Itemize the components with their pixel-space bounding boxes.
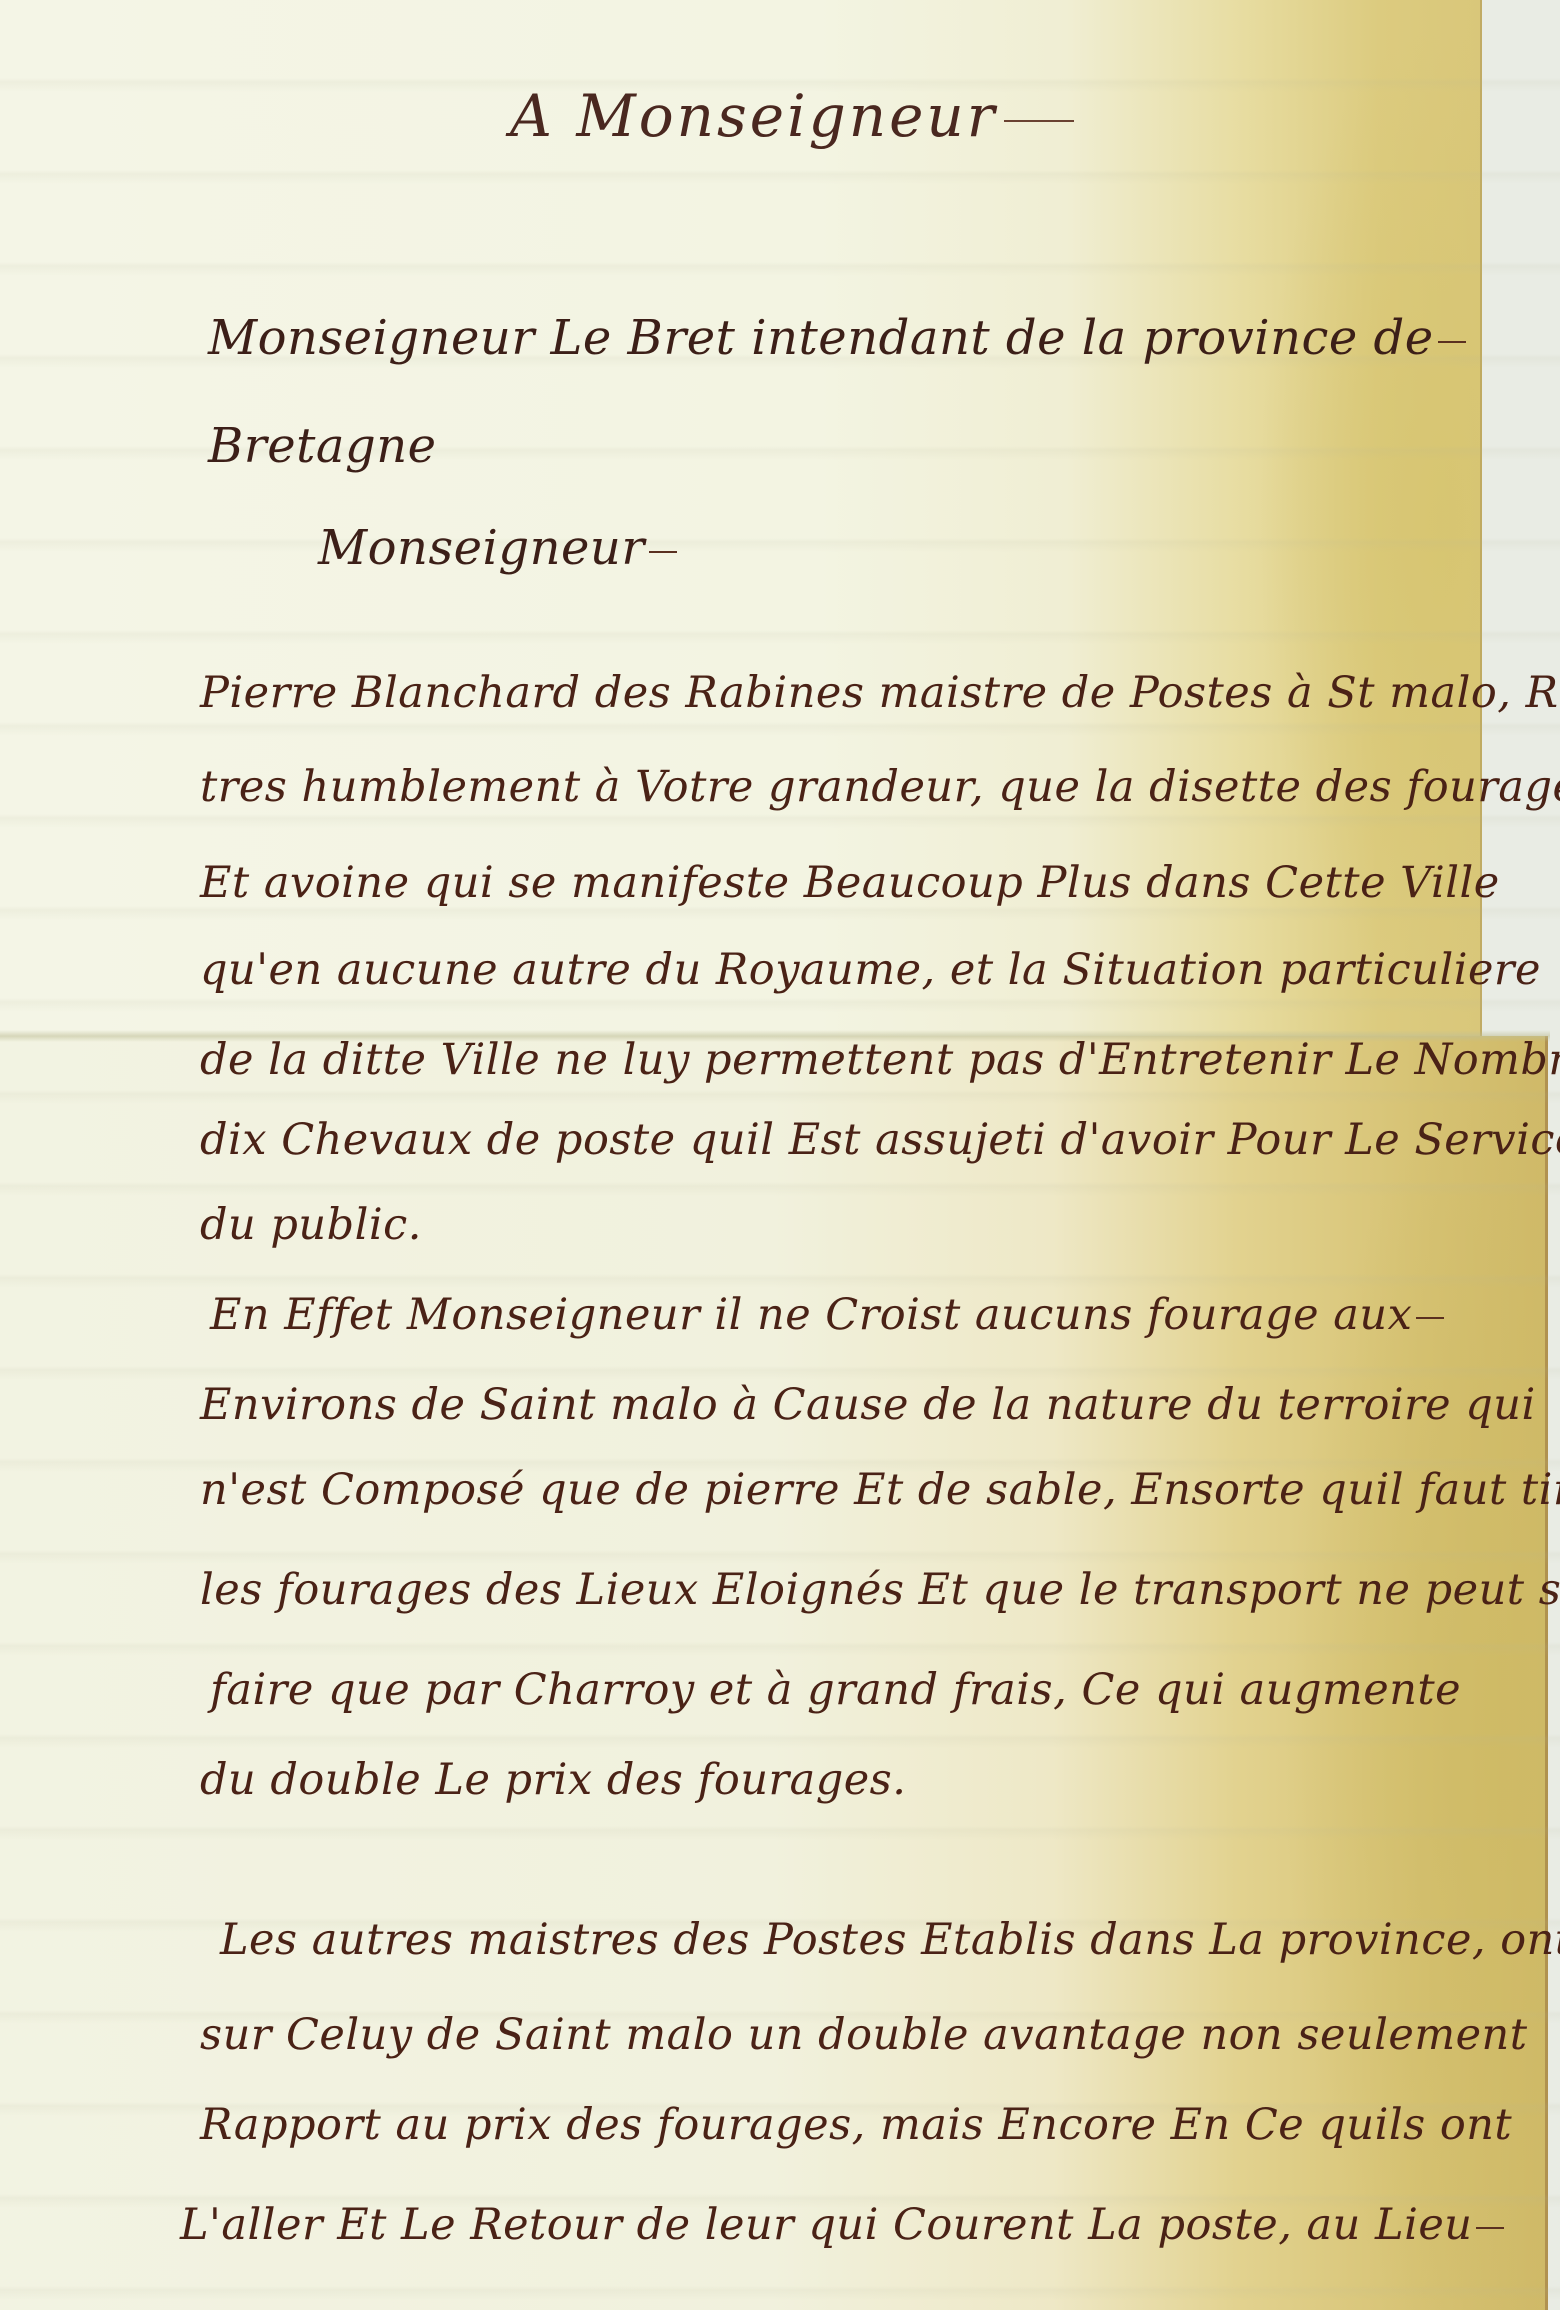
header-flourish (1004, 120, 1074, 122)
body-line-2: tres humblement à Votre grandeur, que la… (200, 762, 1560, 812)
body-line-12: faire que par Charroy et à grand frais, … (210, 1665, 1461, 1715)
body-line-5: de la ditte Ville ne luy permettent pas … (200, 1035, 1560, 1085)
address-line-2: Bretagne (208, 418, 437, 474)
body-line-1: Pierre Blanchard des Rabines maistre de … (200, 668, 1560, 718)
body-line-6: dix Chevaux de poste quil Est assujeti d… (200, 1115, 1560, 1165)
header-text: A Monseigneur (510, 82, 998, 150)
body-line-14: Les autres maistres des Postes Etablis d… (220, 1915, 1560, 1965)
body-line-4: qu'en aucune autre du Royaume, et la Sit… (200, 945, 1541, 995)
body-line-10: n'est Composé que de pierre Et de sable,… (200, 1465, 1560, 1515)
body-line-15: sur Celuy de Saint malo un double avanta… (200, 2010, 1528, 2060)
body-line-17: L'aller Et Le Retour de leur qui Courent… (180, 2200, 1504, 2250)
salutation: Monseigneur (318, 520, 677, 576)
body-line-16: Rapport au prix des fourages, mais Encor… (200, 2100, 1512, 2150)
body-line-13: du double Le prix des fourages. (200, 1755, 906, 1805)
body-line-8: En Effet Monseigneur il ne Croist aucuns… (210, 1290, 1444, 1340)
body-line-3: Et avoine qui se manifeste Beaucoup Plus… (200, 858, 1500, 908)
body-line-7: du public. (200, 1200, 422, 1250)
body-line-9: Environs de Saint malo à Cause de la nat… (200, 1380, 1536, 1430)
body-line-11: les fourages des Lieux Eloignés Et que l… (200, 1565, 1560, 1615)
letter-header: A Monseigneur (510, 82, 1074, 150)
address-line-1: Monseigneur Le Bret intendant de la prov… (208, 310, 1466, 366)
